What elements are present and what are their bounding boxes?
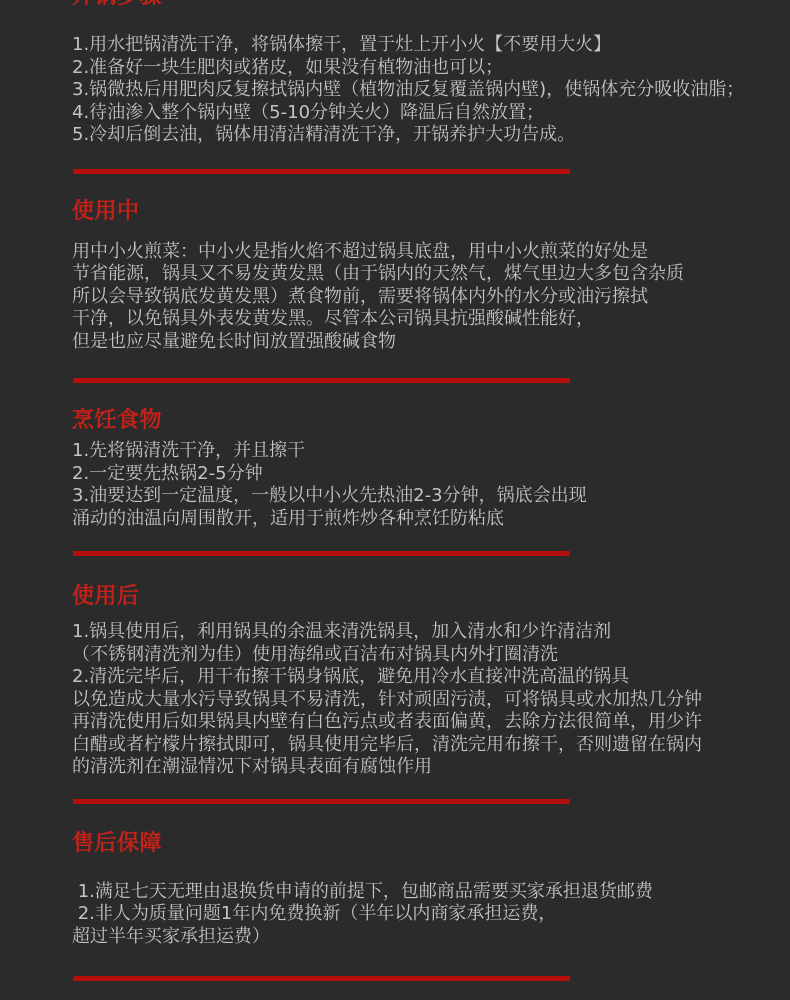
body-line: 2.非人为质量问题1年内免费换新（半年以内商家承担运费，: [72, 903, 790, 926]
body-line: 2.清洗完毕后，用干布擦干锅身锅底，避免用冷水直接冲洗高温的锅具: [72, 666, 790, 689]
body-line: 1.锅具使用后，利用锅具的余温来清洗锅具，加入清水和少许清洁剂: [72, 621, 790, 644]
section-after-sales: 售后保障 1.满足七天无理由退换货申请的前提下，包邮商品需要买家承担退货邮费 2…: [72, 830, 790, 982]
body-line: 的清洗剂在潮湿情况下对锅具表面有腐蚀作用: [72, 756, 790, 779]
body-line: 但是也应尽量避免长时间放置强酸碱食物: [72, 331, 790, 354]
section-title: 使用中: [72, 198, 790, 226]
section-title: 开锅步骤: [72, 0, 790, 11]
body-line: 1.满足七天无理由退换货申请的前提下，包邮商品需要买家承担退货邮费: [72, 881, 790, 904]
section-divider: [73, 799, 570, 804]
body-line: 3.锅微热后用肥肉反复擦拭锅内壁（植物油反复覆盖锅内壁)，使锅体充分吸收油脂；: [72, 79, 790, 102]
section-after-use: 使用后 1.锅具使用后，利用锅具的余温来清洗锅具，加入清水和少许清洁剂 （不锈钢…: [72, 583, 790, 804]
body-line: 3.油要达到一定温度，一般以中小火先热油2-3分钟，锅底会出现: [72, 485, 790, 508]
body-line: 5.冷却后倒去油，锅体用清洁精清洗干净，开锅养护大功告成。: [72, 124, 790, 147]
body-line: 所以会导致锅底发黄发黑）煮食物前，需要将锅体内外的水分或油污擦拭: [72, 286, 790, 309]
body-line: 再清洗使用后如果锅具内壁有白色污点或者表面偏黄，去除方法很简单，用少许: [72, 711, 790, 734]
section-title: 使用后: [72, 583, 790, 611]
body-line: 节省能源，锅具又不易发黄发黑（由于锅内的天然气，煤气里边大多包含杂质: [72, 263, 790, 286]
section-seasoning-steps: 开锅步骤 1.用水把锅清洗干净，将锅体擦干，置于灶上开小火【不要用大火】 2.准…: [72, 0, 790, 174]
section-title: 烹饪食物: [72, 407, 790, 435]
body-line: 1.先将锅清洗干净，并且擦干: [72, 440, 790, 463]
body-line: 2.一定要先热锅2-5分钟: [72, 463, 790, 486]
section-divider: [73, 976, 570, 981]
section-divider: [73, 169, 570, 174]
care-guide-page: 开锅步骤 1.用水把锅清洗干净，将锅体擦干，置于灶上开小火【不要用大火】 2.准…: [0, 0, 790, 1000]
body-line: 白醋或者柠檬片擦拭即可，锅具使用完毕后，清洗完用布擦干，否则遗留在锅内: [72, 734, 790, 757]
section-title: 售后保障: [72, 830, 790, 858]
section-cooking-food: 烹饪食物 1.先将锅清洗干净，并且擦干 2.一定要先热锅2-5分钟 3.油要达到…: [72, 407, 790, 556]
body-line: （不锈钢清洗剂为佳）使用海绵或百洁布对锅具内外打圈清洗: [72, 644, 790, 667]
body-line: 用中小火煎菜：中小火是指火焰不超过锅具底盘，用中小火煎菜的好处是: [72, 241, 790, 264]
section-divider: [73, 378, 570, 383]
body-line: 以免造成大量水污导致锅具不易清洗，针对顽固污渍，可将锅具或水加热几分钟: [72, 689, 790, 712]
body-line: 2.准备好一块生肥肉或猪皮，如果没有植物油也可以；: [72, 57, 790, 80]
body-line: 1.用水把锅清洗干净，将锅体擦干，置于灶上开小火【不要用大火】: [72, 34, 790, 57]
body-line: 涌动的油温向周围散开，适用于煎炸炒各种烹饪防粘底: [72, 508, 790, 531]
section-in-use: 使用中 用中小火煎菜：中小火是指火焰不超过锅具底盘，用中小火煎菜的好处是 节省能…: [72, 198, 790, 384]
section-divider: [73, 551, 570, 556]
body-line: 4.待油渗入整个锅内壁（5-10分钟关火）降温后自然放置；: [72, 102, 790, 125]
body-line: 超过半年买家承担运费）: [72, 926, 790, 949]
body-line: 干净，以免锅具外表发黄发黑。尽管本公司锅具抗强酸碱性能好，: [72, 308, 790, 331]
